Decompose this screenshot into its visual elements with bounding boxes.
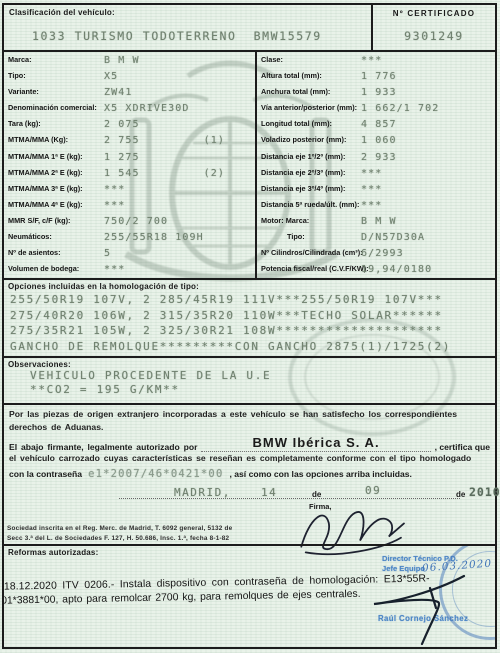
classification-value: 1033 TURISMO TODOTERRENO BMW15579	[32, 29, 322, 43]
registry-line2: Secc 3.ª del L. de Sociedades F. 127, H.…	[7, 534, 307, 544]
signer-post-text: , certifica que	[435, 442, 490, 452]
spec-row: Tara (kg):2 075	[4, 116, 255, 132]
de-word-2: de	[456, 490, 465, 499]
spec-value: ***	[361, 54, 382, 68]
spec-value: B M W	[104, 54, 140, 68]
spec-value: ZW41	[104, 86, 132, 100]
classification-cell: Clasificación del vehículo: 1033 TURISMO…	[4, 5, 373, 50]
classification-label: Clasificación del vehículo:	[9, 8, 115, 17]
dot-matrix-line: 275/35R21 105W, 2 325/30R21 108W********…	[10, 323, 495, 339]
spec-value: ***	[361, 167, 382, 181]
day-value: 14	[261, 486, 277, 499]
spec-row: Denominación comercial:X5 XDRIVE30D	[4, 100, 255, 116]
spec-row: Voladizo posterior (mm):1 060	[257, 132, 495, 148]
dot-matrix-line: 255/50R19 107V, 2 285/45R19 111V***255/5…	[10, 292, 495, 308]
spec-label: Distancia eje 1º/2º (mm):	[261, 149, 345, 165]
spec-value: 1 776	[361, 70, 397, 84]
spec-label: Variante:	[8, 84, 39, 100]
body-end-text: , así como con las opciones arriba inclu…	[229, 469, 411, 479]
spec-label: Marca:	[8, 52, 32, 68]
customs-text-line1: Por las piezas de origen extranjero inco…	[9, 408, 490, 421]
spec-value: B M W	[361, 215, 397, 229]
inspector-signature	[334, 558, 484, 646]
homologation-certificate-document: Clasificación del vehículo: 1033 TURISMO…	[0, 0, 500, 653]
document-frame: Clasificación del vehículo: 1033 TURISMO…	[2, 3, 497, 649]
registry-line1: Sociedad inscrita en el Reg. Merc. de Ma…	[7, 524, 307, 534]
spec-row: Potencia fiscal/real (C.V.F/KW):19,94/01…	[257, 261, 495, 277]
observations-header: Observaciones:	[4, 358, 495, 369]
header-row: Clasificación del vehículo: 1033 TURISMO…	[4, 5, 495, 52]
spec-row: Nº de asientos:5	[4, 245, 255, 261]
spec-value: 19,94/0180	[361, 263, 432, 277]
body-text-line: el vehículo carrozado cuyas característi…	[9, 452, 490, 465]
spec-value: 1 060	[361, 134, 397, 148]
spec-label: Distancia eje 2º/3º (mm):	[261, 165, 345, 181]
dot-matrix-line: VEHICULO PROCEDENTE DE LA U.E	[30, 369, 495, 383]
spec-row: Anchura total (mm):1 933	[257, 84, 495, 100]
observations-lines: VEHICULO PROCEDENTE DE LA U.E**CO2 = 195…	[4, 369, 495, 397]
spec-value: ***	[361, 199, 382, 213]
spec-row: MMR S/F, c/F (kg):750/2 700	[4, 213, 255, 229]
spec-row: Longitud total (mm):4 857	[257, 116, 495, 132]
signer-pre-text: El abajo firmante, legalmente autorizado…	[9, 442, 197, 452]
spec-row: Nº Cilindros/Cilindrada (cm³):6/2993	[257, 245, 495, 261]
password-label: con la contraseña	[9, 469, 82, 479]
spec-value: ***	[104, 183, 125, 197]
spec-label: MTMA/MMA 1ª E (kg):	[8, 149, 83, 165]
spec-label: Anchura total (mm):	[261, 84, 330, 100]
spec-value: 2 755 (1)	[104, 134, 225, 148]
spec-value: ***	[361, 183, 382, 197]
left-specs: Marca:B M WTipo:X5Variante:ZW41Denominac…	[4, 52, 255, 278]
dot-matrix-line: 275/40R20 106W, 2 315/35R20 110W***TECHO…	[10, 308, 495, 324]
spec-label: Altura total (mm):	[261, 68, 322, 84]
certificate-label: Nº CERTIFICADO	[373, 9, 495, 18]
reforms-section: Reformas autorizadas: 18.12.2020 ITV 020…	[4, 544, 495, 647]
signer-line: El abajo firmante, legalmente autorizado…	[9, 435, 490, 452]
city-value: MADRID,	[174, 486, 231, 499]
spec-table: Marca:B M WTipo:X5Variante:ZW41Denominac…	[4, 52, 495, 280]
spec-value: 4 857	[361, 118, 397, 132]
spec-row: Distancia eje 2º/3º (mm):***	[257, 165, 495, 181]
spec-value: 1 545 (2)	[104, 167, 225, 181]
spec-label: Tipo:	[287, 229, 305, 245]
company-name: BMW Ibérica S. A.	[201, 435, 430, 452]
spec-row: Volumen de bodega:***	[4, 261, 255, 277]
spec-label: MTMA/MMA (Kg):	[8, 132, 68, 148]
spec-label: MTMA/MMA 4ª E (kg):	[8, 197, 83, 213]
options-lines: 255/50R19 107V, 2 285/45R19 111V***255/5…	[4, 292, 495, 354]
spec-row: MTMA/MMA 4ª E (kg):***	[4, 197, 255, 213]
spec-row: MTMA/MMA 3ª E (kg):***	[4, 181, 255, 197]
spec-label: Distancia 5ª rueda/últ. (mm):	[261, 197, 359, 213]
options-section: Opciones incluidas en la homologación de…	[4, 280, 495, 358]
spec-value: D/N57D30A	[361, 231, 425, 245]
right-specs: Clase:***Altura total (mm):1 776Anchura …	[255, 52, 495, 278]
spec-value: 1 933	[361, 86, 397, 100]
spec-row: Variante:ZW41	[4, 84, 255, 100]
spec-row: Distancia 5ª rueda/últ. (mm):***	[257, 197, 495, 213]
spec-label: Nº de asientos:	[8, 245, 61, 261]
spec-row: Altura total (mm):1 776	[257, 68, 495, 84]
spec-row: MTMA/MMA (Kg):2 755 (1)	[4, 132, 255, 148]
spec-value: 1 275	[104, 151, 140, 165]
spec-value: 255/55R18 109H	[104, 231, 204, 245]
observations-section: Observaciones: VEHICULO PROCEDENTE DE LA…	[4, 358, 495, 405]
spec-value: 2 933	[361, 151, 397, 165]
spec-row: Tipo:D/N57D30A	[257, 229, 495, 245]
spec-row: Marca:B M W	[4, 52, 255, 68]
spec-value: 1 662/1 702	[361, 102, 439, 116]
spec-label: Denominación comercial:	[8, 100, 97, 116]
spec-value: 6/2993	[361, 247, 404, 261]
de-word-1: de	[312, 490, 321, 499]
spec-label: Motor: Marca:	[261, 213, 309, 229]
spec-row: Distancia eje 3º/4º (mm):***	[257, 181, 495, 197]
customs-text-line2: derechos de Aduanas.	[9, 421, 490, 434]
spec-label: MMR S/F, c/F (kg):	[8, 213, 70, 229]
password-line: con la contraseña e1*2007/46*0421*00 , a…	[9, 468, 490, 480]
spec-row: Distancia eje 1º/2º (mm):2 933	[257, 149, 495, 165]
spec-label: Volumen de bodega:	[8, 261, 79, 277]
spec-label: Clase:	[261, 52, 283, 68]
spec-value: ***	[104, 263, 125, 277]
spec-label: MTMA/MMA 2ª E (kg):	[8, 165, 83, 181]
spec-label: Distancia eje 3º/4º (mm):	[261, 181, 345, 197]
spec-row: Neumáticos:255/55R18 109H	[4, 229, 255, 245]
date-row: MADRID, 14 de 09 de 2010 Firma,	[9, 480, 490, 520]
spec-value: 5	[104, 247, 111, 261]
spec-label: Nº Cilindros/Cilindrada (cm³):	[261, 245, 363, 261]
spec-value: 2 075	[104, 118, 140, 132]
homologation-password-value: e1*2007/46*0421*00	[88, 468, 223, 480]
spec-value: 750/2 700	[104, 215, 168, 229]
declaration-section: Por las piezas de origen extranjero inco…	[4, 405, 495, 544]
spec-value: X5 XDRIVE30D	[104, 102, 189, 116]
spec-label: MTMA/MMA 3ª E (kg):	[8, 181, 83, 197]
spec-value: ***	[104, 199, 125, 213]
spec-label: Voladizo posterior (mm):	[261, 132, 346, 148]
dot-matrix-line: GANCHO DE REMOLQUE*********CON GANCHO 28…	[10, 339, 495, 355]
year-value: 2010	[469, 485, 500, 499]
dot-matrix-line: **CO2 = 195 G/KM**	[30, 383, 495, 397]
spec-row: MTMA/MMA 2ª E (kg):1 545 (2)	[4, 165, 255, 181]
certificate-cell: Nº CERTIFICADO 9301249	[373, 5, 495, 50]
spec-row: Vía anterior/posterior (mm):1 662/1 702	[257, 100, 495, 116]
spec-label: Tipo:	[8, 68, 26, 84]
spec-value: X5	[104, 70, 118, 84]
spec-row: Clase:***	[257, 52, 495, 68]
spec-row: Motor: Marca:B M W	[257, 213, 495, 229]
spec-label: Tara (kg):	[8, 116, 41, 132]
certificate-number: 9301249	[373, 29, 495, 43]
options-header: Opciones incluidas en la homologación de…	[4, 280, 495, 291]
spec-label: Vía anterior/posterior (mm):	[261, 100, 357, 116]
spec-label: Potencia fiscal/real (C.V.F/KW):	[261, 261, 369, 277]
spec-row: MTMA/MMA 1ª E (kg):1 275	[4, 149, 255, 165]
spec-label: Longitud total (mm):	[261, 116, 332, 132]
registry-small-print: Sociedad inscrita en el Reg. Merc. de Ma…	[7, 524, 307, 543]
spec-label: Neumáticos:	[8, 229, 52, 245]
spec-row: Tipo:X5	[4, 68, 255, 84]
